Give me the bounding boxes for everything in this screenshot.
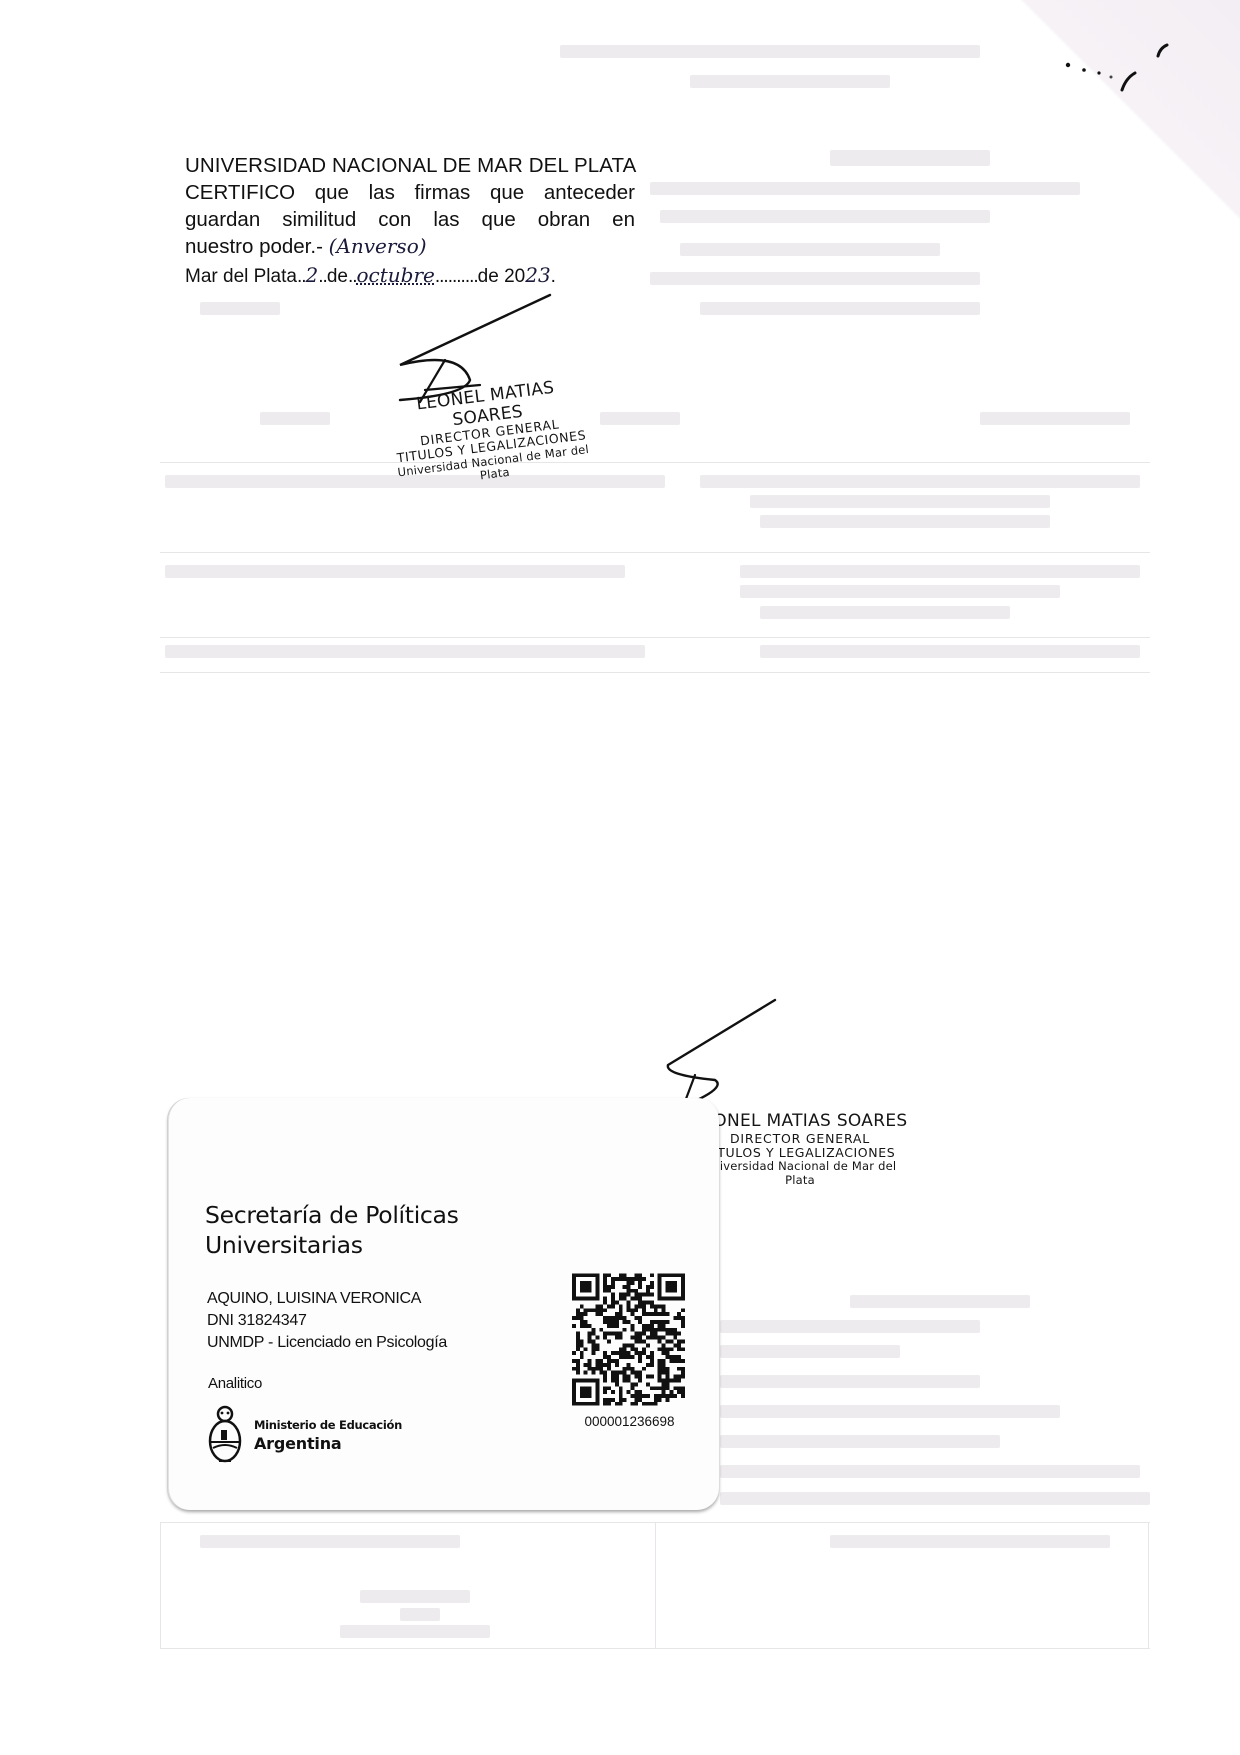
ministry-name: Ministerio de Educación <box>254 1418 402 1432</box>
date-year: 23 <box>525 263 550 287</box>
certification-date: Mar del Plata..2..de..octubre..........d… <box>185 261 635 291</box>
date-month: octubre <box>357 263 435 287</box>
certification-institution: UNIVERSIDAD NACIONAL DE MAR DEL PLATA <box>185 152 635 179</box>
qr-code-icon[interactable] <box>572 1273 685 1406</box>
certification-line: CERTIFICO que las firmas que anteceder <box>185 179 635 206</box>
signatory-institution: Universidad Nacional de Mar del Plata <box>690 1160 910 1186</box>
certification-stamp: UNIVERSIDAD NACIONAL DE MAR DEL PLATA CE… <box>185 152 635 291</box>
card-title: Secretaría de Políticas Universitarias <box>205 1200 459 1260</box>
qr-number: 000001236698 <box>572 1414 687 1429</box>
certification-last-line: nuestro poder.- (Anverso) <box>185 233 635 260</box>
handwritten-note: (Anverso) <box>329 234 427 258</box>
ministry-logo: Ministerio de Educación Argentina <box>207 1404 402 1466</box>
ink-marks-icon <box>1060 40 1180 110</box>
signatory-role: DIRECTOR GENERAL <box>690 1132 910 1146</box>
date-place: Mar del Plata <box>185 266 297 287</box>
signatory-name: LEONEL MATIAS SOARES <box>690 1112 910 1132</box>
signature-stamp: LEONEL MATIAS SOARES DIRECTOR GENERAL TI… <box>690 1112 910 1187</box>
signatory-department: TITULOS Y LEGALIZACIONES <box>690 1146 910 1160</box>
certification-line: guardan similitud con las que obran en <box>185 206 635 233</box>
ministry-country: Argentina <box>254 1434 402 1453</box>
date-day: 2 <box>306 263 319 287</box>
document-type: Analitico <box>208 1375 262 1392</box>
person-degree: UNMDP - Licenciado en Psicología <box>207 1332 447 1354</box>
card-person-info: AQUINO, LUISINA VERONICA DNI 31824347 UN… <box>207 1288 447 1354</box>
folded-corner-shadow <box>1000 0 1240 240</box>
person-dni: DNI 31824347 <box>207 1310 447 1332</box>
person-name: AQUINO, LUISINA VERONICA <box>207 1288 447 1310</box>
qr-block: 000001236698 <box>572 1273 687 1429</box>
validation-card: Secretaría de Políticas Universitarias A… <box>168 1098 719 1510</box>
coat-of-arms-icon <box>207 1404 243 1466</box>
